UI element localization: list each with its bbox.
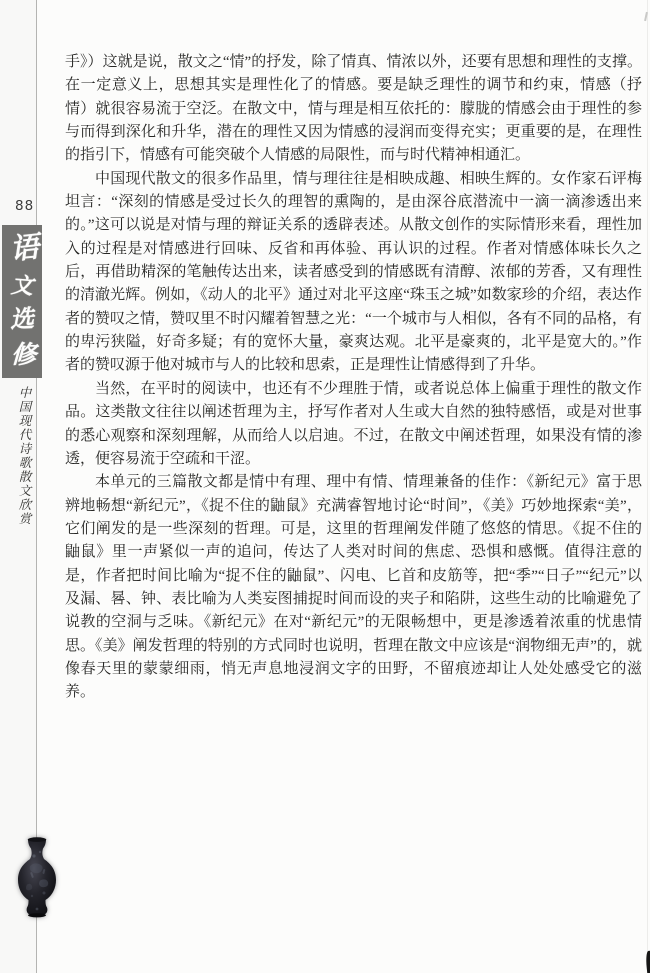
series-title-char: 选 [9, 308, 34, 333]
paragraph: 手》）这就是说，散文之“情”的抒发，除了情真、情浓以外，还要有思想和理性的支撑。… [65, 51, 642, 168]
scan-artifact-corner [645, 951, 650, 973]
book-page: 88 语 文 选 修 中国现代诗歌散文欣赏 [0, 0, 650, 973]
vase-image [16, 836, 58, 920]
page-number: 88 [15, 198, 34, 214]
series-title-char: 文 [10, 274, 33, 297]
book-subtitle-vertical: 中国现代诗歌散文欣赏 [15, 386, 33, 531]
series-title-banner: 语 文 选 修 [2, 225, 42, 378]
margin-divider-line [36, 0, 37, 973]
paragraph: 中国现代散文的很多作品里，情与理往往是相映成趣、相映生辉的。女作家石评梅坦言：“… [65, 168, 642, 378]
paragraph: 本单元的三篇散文都是情中有理、理中有情、情理兼备的佳作：《新纪元》富于思辨地畅想… [65, 471, 642, 704]
body-text-column: 手》）这就是说，散文之“情”的抒发，除了情真、情浓以外，还要有思想和理性的支撑。… [65, 51, 642, 705]
series-title-char: 修 [11, 343, 37, 369]
paragraph: 当然，在平时的阅读中，也还有不少理胜于情，或者说总体上偏重于理性的散文作品。这类… [65, 378, 642, 471]
series-title-char: 语 [9, 233, 41, 265]
page-right-edge [647, 0, 648, 973]
